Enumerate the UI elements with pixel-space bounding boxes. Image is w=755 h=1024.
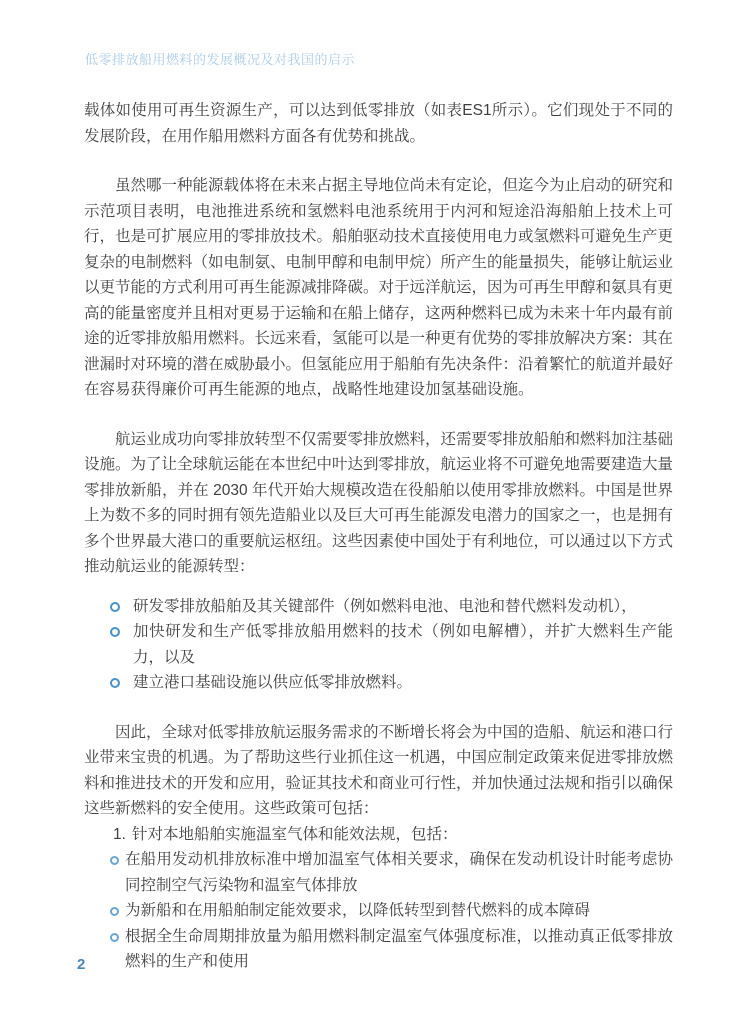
numbered-item-number: 1. (113, 826, 126, 843)
running-header: 低零排放船用燃料的发展概况及对我国的启示 (85, 51, 355, 69)
numbered-item-1: 1.针对本地船舶实施温室气体和能效法规，包括： (84, 822, 673, 848)
paragraph-shipping-transition: 航运业成功向零排放转型不仅需要零排放燃料，还需要零排放船舶和燃料加注基础设施。为… (84, 427, 673, 580)
page-number: 2 (77, 956, 85, 973)
list-item: 为新船和在用船舶制定能效要求，以降低转型到替代燃料的成本障碍 (84, 898, 673, 924)
bullet-list-secondary: 在船用发动机排放标准中增加温室气体相关要求，确保在发动机设计时能考虑协同控制空气… (84, 847, 673, 975)
document-page: 低零排放船用燃料的发展概况及对我国的启示 载体如使用可再生资源生产，可以达到低零… (0, 0, 755, 1024)
bullet-list-primary: 研发零排放船舶及其关键部件（例如燃料电池、电池和替代燃料发动机）， 加快研发和生… (84, 594, 673, 696)
list-item: 在船用发动机排放标准中增加温室气体相关要求，确保在发动机设计时能考虑协同控制空气… (84, 847, 673, 898)
bullet-icon (110, 933, 119, 942)
numbered-item-text: 针对本地船舶实施温室气体和能效法规，包括： (132, 826, 458, 843)
list-item-text: 研发零排放船舶及其关键部件（例如燃料电池、电池和替代燃料发动机）， (133, 598, 637, 615)
list-item-text: 建立港口基础设施以供应低零排放燃料。 (133, 674, 412, 691)
paragraph-policy-opportunity: 因此，全球对低零排放航运服务需求的不断增长将会为中国的造船、航运和港口行业带来宝… (84, 720, 673, 822)
list-item-text: 为新船和在用船舶制定能效要求，以降低转型到替代燃料的成本障碍 (125, 902, 590, 919)
paragraph-energy-carriers: 虽然哪一种能源载体将在未来占据主导地位尚未有定论，但迄今为止启动的研究和示范项目… (84, 173, 673, 403)
page-content: 载体如使用可再生资源生产，可以达到低零排放（如表ES1所示）。它们现处于不同的发… (84, 98, 673, 975)
list-item: 建立港口基础设施以供应低零排放燃料。 (84, 670, 673, 696)
bullet-icon (110, 678, 120, 688)
list-item: 根据全生命周期排放量为船用燃料制定温室气体强度标准，以推动真正低零排放燃料的生产… (84, 924, 673, 975)
bullet-icon (110, 907, 119, 916)
bullet-icon (110, 627, 120, 637)
paragraph-fuel-carriers: 载体如使用可再生资源生产，可以达到低零排放（如表ES1所示）。它们现处于不同的发… (84, 98, 673, 149)
bullet-icon (110, 602, 120, 612)
list-item-text: 加快研发和生产低零排放船用燃料的技术（例如电解槽），并扩大燃料生产能力，以及 (133, 623, 673, 666)
list-item: 加快研发和生产低零排放船用燃料的技术（例如电解槽），并扩大燃料生产能力，以及 (84, 619, 673, 670)
bullet-icon (110, 856, 119, 865)
list-item: 研发零排放船舶及其关键部件（例如燃料电池、电池和替代燃料发动机）， (84, 594, 673, 620)
list-item-text: 根据全生命周期排放量为船用燃料制定温室气体强度标准，以推动真正低零排放燃料的生产… (125, 928, 673, 971)
list-item-text: 在船用发动机排放标准中增加温室气体相关要求，确保在发动机设计时能考虑协同控制空气… (125, 851, 673, 894)
